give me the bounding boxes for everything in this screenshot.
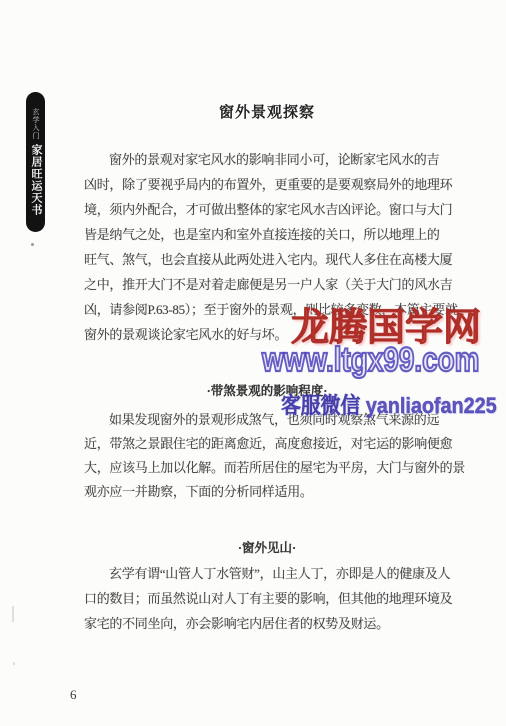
scanned-book-page: 玄学入门 家居旺运天书 窗外景观探察 窗外的景观对家宅风水的影响非同小可，论断家…: [0, 0, 506, 726]
watermark-url: www.ltgx99.com: [262, 341, 506, 380]
watermark-contact-text: 客服微信 yanliaofan225: [281, 389, 497, 420]
watermark-contact: 客服微信 yanliaofan225: [281, 389, 506, 420]
watermark-url-text: www.ltgx99.com: [262, 341, 479, 380]
watermark-overlay: 龙腾国学网 www.ltgx99.com 客服微信 yanliaofan225: [0, 0, 506, 726]
